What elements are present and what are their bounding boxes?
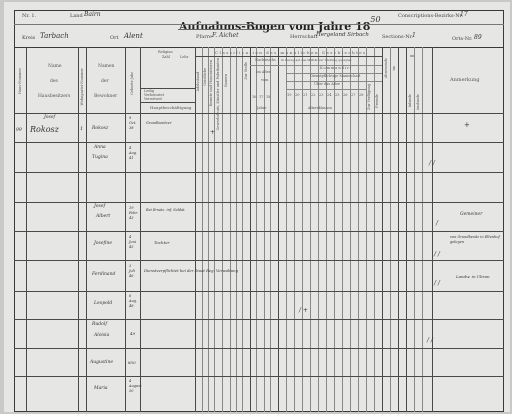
beschaeftigung: Tochter — [154, 240, 169, 245]
heerespflicht-title: In Bezug auf das Militär zur Stellung ge… — [281, 58, 352, 62]
beschaeftigung: Dienstverpflichtet bei der Staat Reg. Ve… — [144, 268, 238, 273]
religion-block: Religion Zahl Lehr — [140, 48, 195, 89]
besitzer-last: Rokosz — [30, 125, 59, 134]
age-23: 23 — [319, 93, 323, 97]
geburt-jahr: 49 — [130, 331, 135, 336]
geburt-jahr: 38 — [129, 126, 133, 130]
bewohner-name: Josefine — [94, 241, 112, 246]
col-zur-verfuegung: Zur Verfügung — [367, 84, 371, 110]
besitzer-first: Josef — [44, 115, 55, 120]
nachwuchs-vom: vom — [261, 78, 268, 82]
geburt: 9Oct.38 — [129, 116, 136, 131]
kommandirt-title: Kommandirt — [320, 66, 352, 70]
bewohner-name-2: Tugina — [92, 155, 108, 160]
anmerkung: von Grundbesitz in Eltenhof gelegen — [450, 235, 500, 245]
age-22: 22 — [311, 93, 315, 97]
ueber-alter-title: Über das Alter — [314, 82, 340, 86]
abwesende-mark: / / — [434, 280, 440, 287]
col-anmerkung: Anmerkung — [450, 77, 480, 83]
col-inlande: Inlande — [408, 94, 412, 107]
col-name-hausbesitzer-2: des — [50, 79, 58, 84]
bewohner-name: Augustine — [90, 360, 113, 365]
geburt: 4August50 — [129, 379, 141, 394]
col-bauern: Bauern — [224, 74, 228, 87]
nachwuchs-im-alter: Im Alter — [256, 70, 271, 74]
table-row: Josef Albert 19Febr.43 Bei Ersatz. inf. … — [14, 202, 504, 231]
geburt-monat: Aug. — [129, 299, 137, 303]
bewohner-name: Josef — [94, 204, 105, 209]
geburt: 4Juni45 — [129, 235, 136, 250]
age-17: 17 — [259, 95, 263, 99]
abwesende-mark: / / — [434, 251, 440, 258]
table-row: 99 Josef Rokosz 1 Rokosz 9Oct.38 Grundbe… — [14, 113, 504, 142]
col-beamte: Beamte und Honoratioren — [209, 60, 213, 106]
census-sheet: Nr. 1. Land Bairn Kreis Tarbach Ort Alen… — [4, 2, 510, 412]
nachwuchs-title: Nachwuchs — [255, 58, 276, 62]
table-row: Rudolf Aloisia 49 / / — [14, 319, 504, 348]
bewohner-name: Anna — [94, 145, 106, 150]
geburt-tag: 6 — [129, 294, 131, 298]
geburt-jahr: 46 — [129, 274, 133, 278]
geburt: 6Aug.48 — [129, 294, 137, 309]
col-haus-nummer: Haus-Nummer — [18, 68, 22, 94]
geburt-tag: 4 — [129, 379, 131, 383]
table-row: Ferdinand 3Juli46 Dienstverpflichtet bei… — [14, 260, 504, 291]
geburt-tag: 3 — [129, 264, 131, 268]
col-namen-bewohner-2: der — [101, 79, 109, 84]
age-21: 21 — [303, 93, 307, 97]
geburt-jahr: 41 — [129, 156, 133, 160]
age-19: 19 — [287, 93, 291, 97]
abwesende-mark: / / — [427, 337, 433, 344]
abwesende-mark: / / — [429, 160, 435, 167]
beschaeftigung: Grundbesitzer — [146, 121, 171, 125]
table-row — [14, 172, 504, 202]
religion-label: Religion — [158, 50, 173, 54]
anmerkung: Landw. in Ubran — [456, 274, 490, 279]
col-namen-bewohner-3: Bewohner — [94, 94, 117, 99]
geburt-jahr: 43 — [129, 216, 133, 220]
table-row: Maria 4August50 — [14, 376, 504, 406]
geburt-monat: Oct. — [129, 121, 136, 125]
geburt-jahr: 50 — [129, 389, 133, 393]
age-27: 27 — [351, 93, 355, 97]
age-18: 18 — [266, 95, 270, 99]
col-fremde: Fremde — [375, 94, 379, 108]
age-26: 26 — [343, 93, 347, 97]
classification-mark: / + — [299, 307, 308, 314]
geburt: 3Juli46 — [129, 264, 135, 279]
abwesende-mark: / — [436, 220, 438, 227]
geburt-jahr: 48 — [129, 304, 133, 308]
bewohner-name: Rokosz — [92, 126, 108, 131]
classification-mark: + — [210, 129, 215, 136]
wohnpartei: 1 — [80, 126, 83, 132]
geburt-tag: 4 — [129, 235, 131, 239]
col-zur-stelle: Zur Stelle — [244, 62, 248, 80]
geburt-tag: 19 — [129, 206, 133, 210]
col-geburts-jahr: Geburts-Jahr — [130, 72, 134, 95]
geburt: 19Febr.43 — [129, 206, 138, 221]
bewohner-name: Rudolf — [92, 322, 107, 327]
col-wohnpartei: Wohnpartei-Nummer — [80, 68, 84, 105]
age-28: 28 — [359, 93, 363, 97]
age-24: 24 — [327, 93, 331, 97]
geburt: 4Aug.41 — [129, 146, 137, 161]
table-row: Leopold 6Aug.48 / + — [14, 291, 504, 319]
geburt-monat: Aug. — [129, 151, 137, 155]
bewohner-name: Maria — [94, 386, 108, 391]
anmerkung: + — [464, 121, 470, 129]
table-row: Anna Tugina 4Aug.41 / / — [14, 142, 504, 172]
stand-verwitwet: Verwitwet — [144, 97, 162, 101]
bewohner-name-2: Albert — [96, 214, 110, 219]
religion-lehr: Lehr — [180, 55, 188, 59]
age-16: 16 — [252, 95, 256, 99]
classification-band: Classification des männlichen Geschlecht… — [195, 48, 382, 57]
nachwuchs-jahre: Jahre — [257, 106, 267, 110]
col-hauptbeschaeftigung: Hauptbeschäftigung — [150, 105, 191, 110]
geburt-tag: 4 — [129, 146, 131, 150]
col-adelsstand: Adelsstand — [196, 72, 200, 92]
geburt-monat: Juli — [129, 269, 135, 273]
col-auslande: Auslande — [416, 94, 420, 110]
altersklassen-label: Altersklassen — [308, 106, 332, 110]
bewohner-name-2: Aloisia — [94, 333, 109, 338]
geburt-monat: Febr. — [129, 211, 138, 215]
col-im: im — [392, 66, 396, 70]
religion-zahl: Zahl — [162, 55, 170, 59]
bewohner-name: Leopold — [94, 301, 112, 306]
geburt-monat: Juni — [129, 240, 136, 244]
geburt-monat: August — [129, 384, 141, 388]
geburt-jahr: 850 — [128, 360, 136, 365]
abwesende-header: im — [410, 54, 414, 58]
age-columns: 19 20 21 22 23 24 25 26 27 28 — [286, 90, 366, 100]
haus-nr: 99 — [16, 128, 22, 133]
beschaeftigung: Bei Ersatz. inf. Soldat — [146, 208, 185, 212]
age-25: 25 — [335, 93, 339, 97]
geburt-jahr: 45 — [129, 245, 133, 249]
table-row: Josefine 4Juni45 Tochter / / von Grundbe… — [14, 231, 504, 260]
age-20: 20 — [295, 93, 299, 97]
col-name-hausbesitzer-3: Hausbesitzers — [38, 94, 70, 99]
dienstpflichtig-title: Dienstpflichtige Mannschaft — [310, 74, 360, 78]
col-geistliche: Geistliche — [203, 68, 207, 86]
col-namen-bewohner-1: Namen — [98, 64, 114, 69]
col-name-hausbesitzer-1: Name — [48, 64, 62, 69]
classification-title: Classification des männlichen Geschlecht… — [215, 50, 367, 55]
geburt-tag: 9 — [129, 116, 131, 120]
anmerkung: Gemeiner — [460, 212, 482, 217]
col-abwesende: Abwesende — [384, 58, 388, 78]
stand-block: Ledig Verheiratet Verwitwet — [140, 88, 195, 103]
bewohner-name: Ferdinand — [92, 272, 115, 277]
nachwuchs-block: Nachwuchs — [250, 57, 278, 66]
ueber-alter-block: Über das Alter — [286, 81, 366, 90]
table-row: Augustine 850 — [14, 348, 504, 376]
